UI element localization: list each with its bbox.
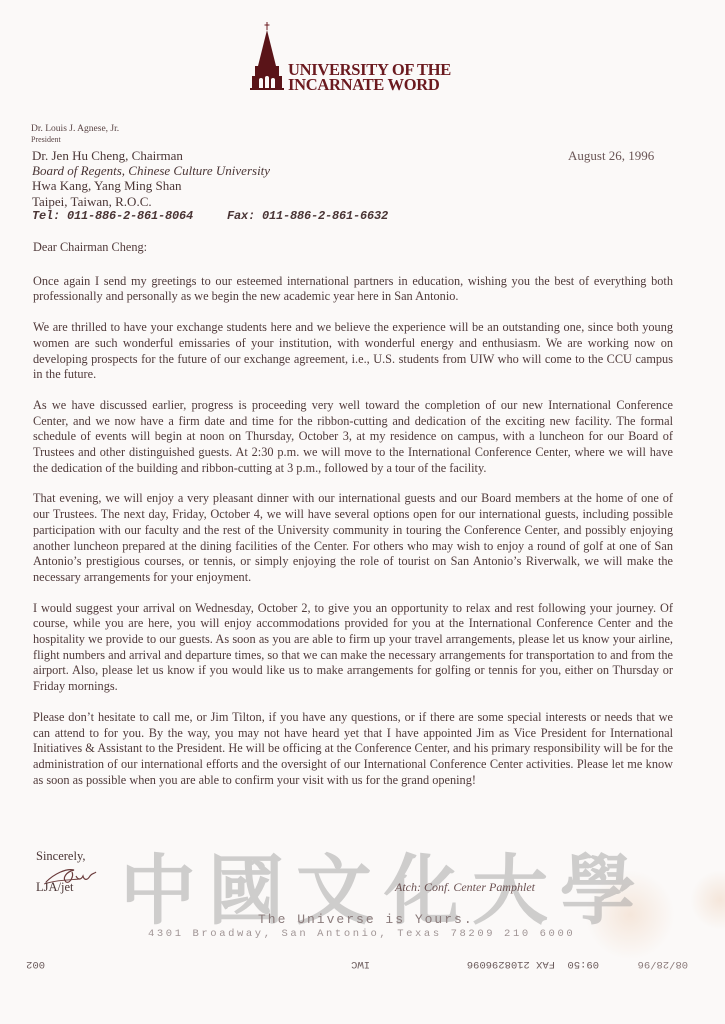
- paragraph: We are thrilled to have your exchange st…: [33, 320, 673, 383]
- addressee-contact: Tel: 011-886-2-861-8064Fax: 011-886-2-86…: [32, 209, 388, 224]
- paragraph: I would suggest your arrival on Wednesda…: [33, 601, 673, 695]
- addressee-organization: Board of Regents, Chinese Culture Univer…: [32, 163, 388, 178]
- organization-name: UNIVERSITY OF THE INCARNATE WORD: [288, 62, 451, 92]
- addressee-tel: Tel: 011-886-2-861-8064: [32, 209, 193, 223]
- addressee-name: Dr. Jen Hu Cheng, Chairman: [32, 148, 388, 163]
- sender-title: President: [31, 135, 119, 144]
- fax-page-number: 002: [26, 958, 45, 970]
- fax-date: 08/28/96: [638, 958, 688, 970]
- fax-transmission-header: 08/28/96 09:50 FAX 2108296096 IWC 002: [0, 953, 725, 973]
- fax-time: 09:50: [567, 958, 599, 970]
- paragraph: Please don’t hesitate to call me, or Jim…: [33, 710, 673, 789]
- fax-sender-code: IWC: [351, 958, 370, 970]
- attachment-note: Atch: Conf. Center Pamphlet: [395, 880, 535, 895]
- typist-initials: LJA/jet: [36, 880, 74, 895]
- addressee-address-line2: Taipei, Taiwan, R.O.C.: [32, 194, 388, 209]
- bell-tower-icon: [250, 22, 286, 94]
- addressee-address-line1: Hwa Kang, Yang Ming Shan: [32, 178, 388, 193]
- letter-date: August 26, 1996: [568, 148, 654, 164]
- addressee-block: Dr. Jen Hu Cheng, Chairman Board of Rege…: [32, 148, 388, 224]
- salutation: Dear Chairman Cheng:: [33, 240, 673, 256]
- sender-block: Dr. Louis J. Agnese, Jr. President: [31, 124, 119, 144]
- paper-stain: [690, 870, 725, 930]
- organization-name-line2: INCARNATE WORD: [288, 77, 451, 92]
- footer-tagline: The Universe is Yours.: [258, 912, 474, 927]
- fax-number: FAX 2108296096: [467, 958, 555, 970]
- paragraph: That evening, we will enjoy a very pleas…: [33, 491, 673, 585]
- sender-name: Dr. Louis J. Agnese, Jr.: [31, 124, 119, 135]
- paragraph: As we have discussed earlier, progress i…: [33, 398, 673, 477]
- letterhead: UNIVERSITY OF THE INCARNATE WORD: [250, 22, 451, 94]
- addressee-fax: Fax: 011-886-2-861-6632: [227, 209, 388, 223]
- letter-body: Dear Chairman Cheng: Once again I send m…: [33, 240, 673, 803]
- paragraph: Once again I send my greetings to our es…: [33, 274, 673, 305]
- footer-address: 4301 Broadway, San Antonio, Texas 78209 …: [148, 928, 575, 940]
